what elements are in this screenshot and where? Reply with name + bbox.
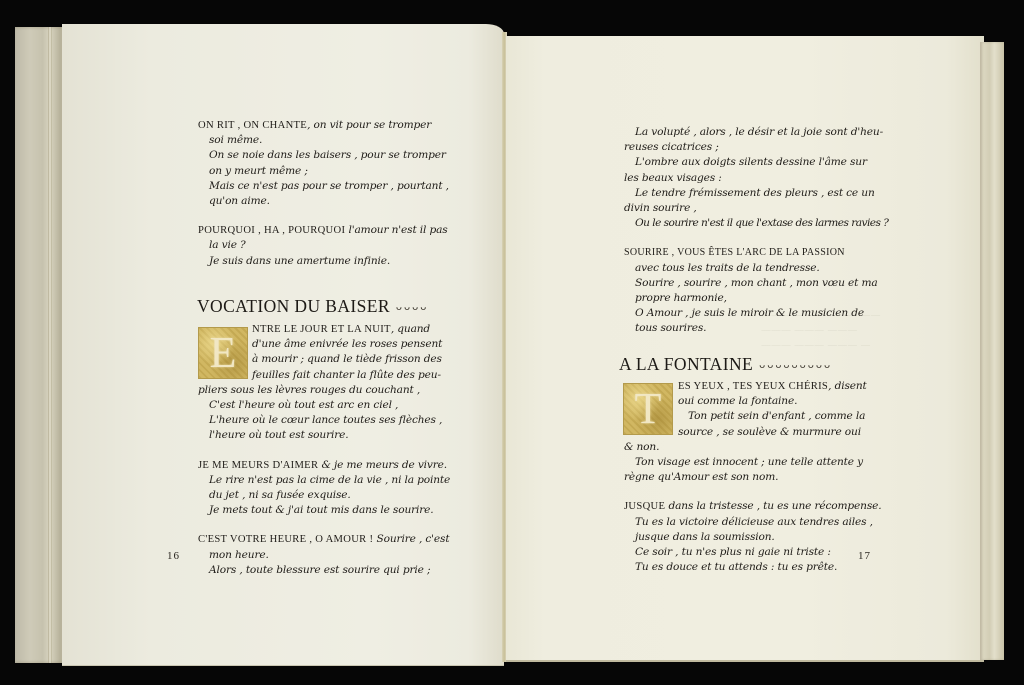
section-title-vocation-du-baiser: VOCATION DU BAISERᴗᴗᴗᴗ [197, 296, 428, 317]
stanza-lead: ES YEUX , TES YEUX CHÉRIS [678, 381, 828, 392]
stanza: La volupté , alors , le désir et la joie… [624, 125, 888, 231]
left-section-text: NTRE LE JOUR ET LA NUIT, quand d'une âme… [198, 322, 450, 592]
page-number-right: 17 [858, 550, 871, 562]
stanza-lead: POURQUOI , HA , POURQUOI [198, 225, 345, 236]
right-section-text: ES YEUX , TES YEUX CHÉRIS, disent oui co… [624, 379, 881, 589]
stanza: ON RIT , ON CHANTE, on vit pour se tromp… [198, 118, 449, 209]
stanza-lead: ON RIT , ON CHANTE [198, 120, 307, 131]
left-deckle-edge [15, 27, 65, 663]
stanza-lead: JE ME MEURS D'AIMER [198, 460, 318, 471]
left-page: ON RIT , ON CHANTE, on vit pour se tromp… [62, 24, 504, 665]
stanza-lead: JUSQUE [624, 501, 665, 512]
stanza: ES YEUX , TES YEUX CHÉRIS, disent oui co… [624, 379, 881, 485]
page-number-left: 16 [167, 550, 180, 562]
stanza-lead: C'EST VOTRE HEURE , O AMOUR ! [198, 534, 373, 545]
stanza-lead: SOURIRE , VOUS ÊTES L'ARC DE LA PASSION [624, 247, 845, 258]
right-opening-text: La volupté , alors , le désir et la joie… [624, 125, 888, 351]
book-photograph: ON RIT , ON CHANTE, on vit pour se tromp… [0, 0, 1024, 685]
section-title-a-la-fontaine: A LA FONTAINEᴗᴗᴗᴗᴗᴗᴗᴗᴗ [619, 354, 832, 375]
right-page: ——— ——— ——— —— ——— ——— ——— ——— ——— ——— —… [506, 36, 984, 660]
right-deckle-edge [980, 42, 1004, 660]
ornament-flourish-icons: ᴗᴗᴗᴗ [396, 302, 428, 313]
stanza-lead: NTRE LE JOUR ET LA NUIT [252, 324, 391, 335]
ornament-flourish-icons: ᴗᴗᴗᴗᴗᴗᴗᴗᴗ [759, 360, 832, 371]
stanza: C'EST VOTRE HEURE , O AMOUR ! Sourire , … [198, 532, 450, 578]
stanza: NTRE LE JOUR ET LA NUIT, quand d'une âme… [198, 322, 450, 444]
stanza: JUSQUE dans la tristesse , tu es une réc… [624, 499, 881, 575]
stanza: SOURIRE , VOUS ÊTES L'ARC DE LA PASSION … [624, 245, 888, 336]
stanza: POURQUOI , HA , POURQUOI l'amour n'est i… [198, 223, 449, 269]
left-opening-text: ON RIT , ON CHANTE, on vit pour se tromp… [198, 118, 449, 283]
stanza: JE ME MEURS D'AIMER & je me meurs de viv… [198, 458, 450, 519]
